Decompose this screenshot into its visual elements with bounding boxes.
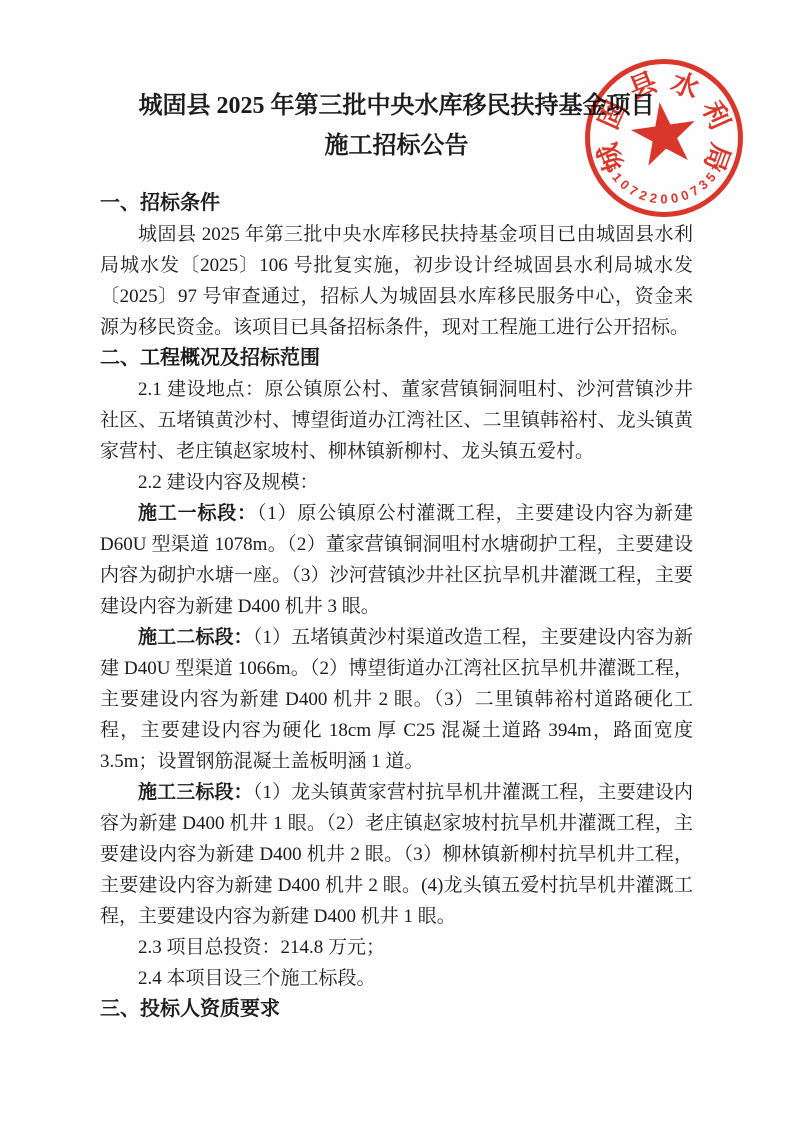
bid-section-3-label: 施工三标段： bbox=[138, 782, 253, 803]
paragraph-text: 城固县 2025 年第三批中央水库移民扶持基金项目已由城固县水利局城水发〔202… bbox=[100, 224, 693, 338]
paragraph-total-investment: 2.3 项目总投资：214.8 万元； bbox=[100, 932, 693, 963]
title-line-1: 城固县 2025 年第三批中央水库移民扶持基金项目 bbox=[0, 86, 793, 126]
paragraph-construction-location: 2.1 建设地点：原公镇原公村、董家营镇铜洞咀村、沙河营镇沙井社区、五堵镇黄沙村… bbox=[100, 374, 693, 467]
document-body: 一、招标条件 城固县 2025 年第三批中央水库移民扶持基金项目已由城固县水利局… bbox=[100, 188, 693, 1025]
paragraph-bidding-conditions: 城固县 2025 年第三批中央水库移民扶持基金项目已由城固县水利局城水发〔202… bbox=[100, 219, 693, 343]
paragraph-bid-section-3: 施工三标段：（1）龙头镇黄家营村抗旱机井灌溉工程，主要建设内容为新建 D400 … bbox=[100, 777, 693, 932]
paragraph-text: （1）五堵镇黄沙村渠道改造工程，主要建设内容为新建 D40U 型渠道 1066m… bbox=[100, 627, 693, 772]
section-heading-project-overview: 二、工程概况及招标范围 bbox=[100, 343, 693, 374]
bid-section-1-label: 施工一标段： bbox=[138, 503, 257, 524]
paragraph-bid-section-2: 施工二标段：（1）五堵镇黄沙村渠道改造工程，主要建设内容为新建 D40U 型渠道… bbox=[100, 622, 693, 777]
document-page: ★ 城固县水利局6107220007357 城固县 2025 年第三批中央水库移… bbox=[0, 0, 793, 1122]
seal-code-digit: 1 bbox=[610, 170, 625, 184]
paragraph-text: 2.3 项目总投资：214.8 万元； bbox=[138, 937, 385, 958]
paragraph-bid-section-1: 施工一标段：（1）原公镇原公村灌溉工程，主要建设内容为新建 D60U 型渠道 1… bbox=[100, 498, 693, 622]
section-heading-bidder-qualification: 三、投标人资质要求 bbox=[100, 994, 693, 1025]
section-heading-bidding-conditions: 一、招标条件 bbox=[100, 188, 693, 219]
seal-code-digit: 5 bbox=[703, 170, 718, 184]
paragraph-scale-intro: 2.2 建设内容及规模： bbox=[100, 467, 693, 498]
paragraph-text: 2.1 建设地点：原公镇原公村、董家营镇铜洞咀村、沙河营镇沙井社区、五堵镇黄沙村… bbox=[100, 379, 693, 462]
paragraph-section-count: 2.4 本项目设三个施工标段。 bbox=[100, 963, 693, 994]
paragraph-text: 2.4 本项目设三个施工标段。 bbox=[138, 968, 376, 989]
seal-code-digit: 3 bbox=[696, 177, 710, 192]
title-line-2: 施工招标公告 bbox=[0, 126, 793, 166]
paragraph-text: （1）龙头镇黄家营村抗旱机井灌溉工程，主要建设内容为新建 D400 机井 1 眼… bbox=[100, 782, 693, 927]
paragraph-text: 2.2 建设内容及规模： bbox=[138, 472, 319, 493]
bid-section-2-label: 施工二标段： bbox=[138, 627, 253, 648]
document-title: 城固县 2025 年第三批中央水库移民扶持基金项目 施工招标公告 bbox=[0, 0, 793, 166]
